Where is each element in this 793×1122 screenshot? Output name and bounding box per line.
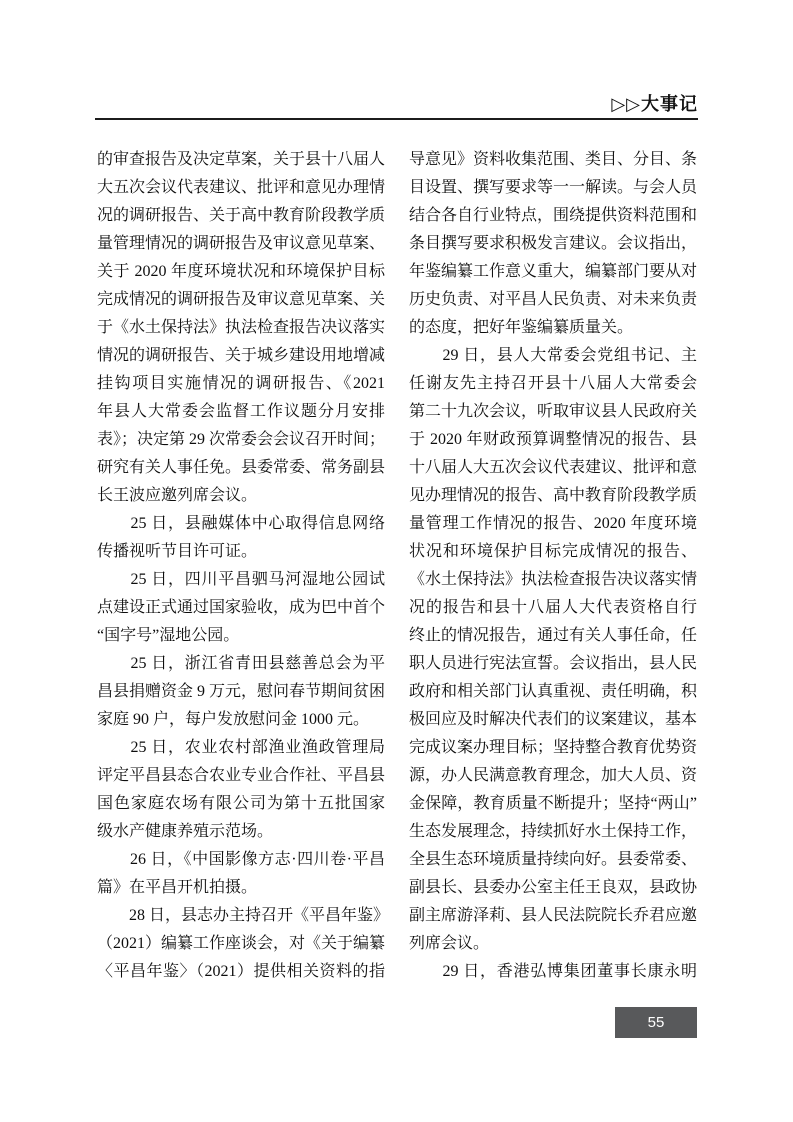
text-line: 完成情况的调研报告及审议意见草案、关 (97, 286, 385, 314)
text-line: “国字号”湿地公园。 (97, 622, 385, 650)
text-line: 量管理工作情况的报告、2020 年度环境 (409, 510, 697, 538)
text-line: 挂钩项目实施情况的调研报告、《2021 (97, 370, 385, 398)
text-line: 列席会议。 (409, 930, 697, 958)
text-line: 目设置、撰写要求等一一解读。与会人员 (409, 174, 697, 202)
text-line: 昌县捐赠资金 9 万元，慰问春节期间贫困 (97, 678, 385, 706)
text-line: 副县长、县委办公室主任王良双，县政协 (409, 874, 697, 902)
text-line: 28 日，县志办主持召开《平昌年鉴》 (97, 902, 385, 930)
text-line: 表》；决定第 29 次常委会会议召开时间； (97, 426, 385, 454)
text-line: 极回应及时解决代表们的议案建议，基本 (409, 706, 697, 734)
text-line: 于《水土保持法》执法检查报告决议落实 (97, 314, 385, 342)
page-number-badge: 55 (615, 1007, 697, 1038)
text-line: 大五次会议代表建议、批评和意见办理情 (97, 174, 385, 202)
text-line: 29 日，香港弘博集团董事长康永明 (409, 958, 697, 986)
text-line: 长王波应邀列席会议。 (97, 482, 385, 510)
text-line: 职人员进行宪法宣誓。会议指出，县人民 (409, 650, 697, 678)
text-line: 副主席游泽莉、县人民法院院长乔君应邀 (409, 902, 697, 930)
text-line: 导意见》资料收集范围、类目、分目、条 (409, 146, 697, 174)
text-line: 终止的情况报告，通过有关人事任命，任 (409, 622, 697, 650)
text-line: 家庭 90 户，每户发放慰问金 1000 元。 (97, 706, 385, 734)
text-line: 条目撰写要求积极发言建议。会议指出， (409, 230, 697, 258)
running-header: ▷▷大事记 (95, 90, 698, 116)
page-number: 55 (648, 1014, 665, 1031)
text-line: 评定平昌县态合农业专业合作社、平昌县 (97, 762, 385, 790)
text-line: （2021）编纂工作座谈会，对《关于编纂 (97, 930, 385, 958)
text-line: 源，办人民满意教育理念，加大人员、资 (409, 762, 697, 790)
text-line: 金保障，教育质量不断提升；坚持“两山” (409, 790, 697, 818)
text-line: 关于 2020 年度环境状况和环境保护目标 (97, 258, 385, 286)
text-line: 〈平昌年鉴〉（2021）提供相关资料的指 (97, 958, 385, 986)
text-line: 篇》在平昌开机拍摄。 (97, 874, 385, 902)
text-line: 级水产健康养殖示范场。 (97, 818, 385, 846)
text-line: 点建设正式通过国家验收，成为巴中首个 (97, 594, 385, 622)
text-line: 状况和环境保护目标完成情况的报告、 (409, 538, 697, 566)
text-line: 于 2020 年财政预算调整情况的报告、县 (409, 426, 697, 454)
text-line: 量管理情况的调研报告及审议意见草案、 (97, 230, 385, 258)
text-line: 29 日，县人大常委会党组书记、主 (409, 342, 697, 370)
text-line: 的态度，把好年鉴编纂质量关。 (409, 314, 697, 342)
text-line: 十八届人大五次会议代表建议、批评和意 (409, 454, 697, 482)
text-line: 的审查报告及决定草案，关于县十八届人 (97, 146, 385, 174)
text-line: 年鉴编纂工作意义重大，编纂部门要从对 (409, 258, 697, 286)
text-columns: 的审查报告及决定草案，关于县十八届人大五次会议代表建议、批评和意见办理情况的调研… (97, 146, 697, 986)
document-page: ▷▷大事记 的审查报告及决定草案，关于县十八届人大五次会议代表建议、批评和意见办… (0, 0, 793, 1122)
text-line: 25 日，农业农村部渔业渔政管理局 (97, 734, 385, 762)
text-line: 历史负责、对平昌人民负责、对未来负责 (409, 286, 697, 314)
text-line: 生态发展理念，持续抓好水土保持工作， (409, 818, 697, 846)
text-line: 结合各自行业特点，围绕提供资料范围和 (409, 202, 697, 230)
text-line: 况的调研报告、关于高中教育阶段教学质 (97, 202, 385, 230)
text-line: 政府和相关部门认真重视、责任明确，积 (409, 678, 697, 706)
header-divider (95, 118, 698, 120)
text-line: 研究有关人事任免。县委常委、常务副县 (97, 454, 385, 482)
text-line: 26 日，《中国影像方志·四川卷·平昌 (97, 846, 385, 874)
text-line: 全县生态环境质量持续向好。县委常委、 (409, 846, 697, 874)
text-line: 情况的调研报告、关于城乡建设用地增减 (97, 342, 385, 370)
text-line: 第二十九次会议，听取审议县人民政府关 (409, 398, 697, 426)
right-column: 导意见》资料收集范围、类目、分目、条目设置、撰写要求等一一解读。与会人员结合各自… (409, 146, 697, 986)
text-line: 25 日，县融媒体中心取得信息网络 (97, 510, 385, 538)
text-line: 完成议案办理目标；坚持整合教育优势资 (409, 734, 697, 762)
text-line: 见办理情况的报告、高中教育阶段教学质 (409, 482, 697, 510)
text-line: 传播视听节目许可证。 (97, 538, 385, 566)
text-line: 25 日，浙江省青田县慈善总会为平 (97, 650, 385, 678)
text-line: 任谢友先主持召开县十八届人大常委会 (409, 370, 697, 398)
text-line: 年县人大常委会监督工作议题分月安排 (97, 398, 385, 426)
text-line: 国色家庭农场有限公司为第十五批国家 (97, 790, 385, 818)
text-line: 25 日，四川平昌驷马河湿地公园试 (97, 566, 385, 594)
left-column: 的审查报告及决定草案，关于县十八届人大五次会议代表建议、批评和意见办理情况的调研… (97, 146, 385, 986)
text-line: 《水土保持法》执法检查报告决议落实情 (409, 566, 697, 594)
text-line: 况的报告和县十八届人大代表资格自行 (409, 594, 697, 622)
